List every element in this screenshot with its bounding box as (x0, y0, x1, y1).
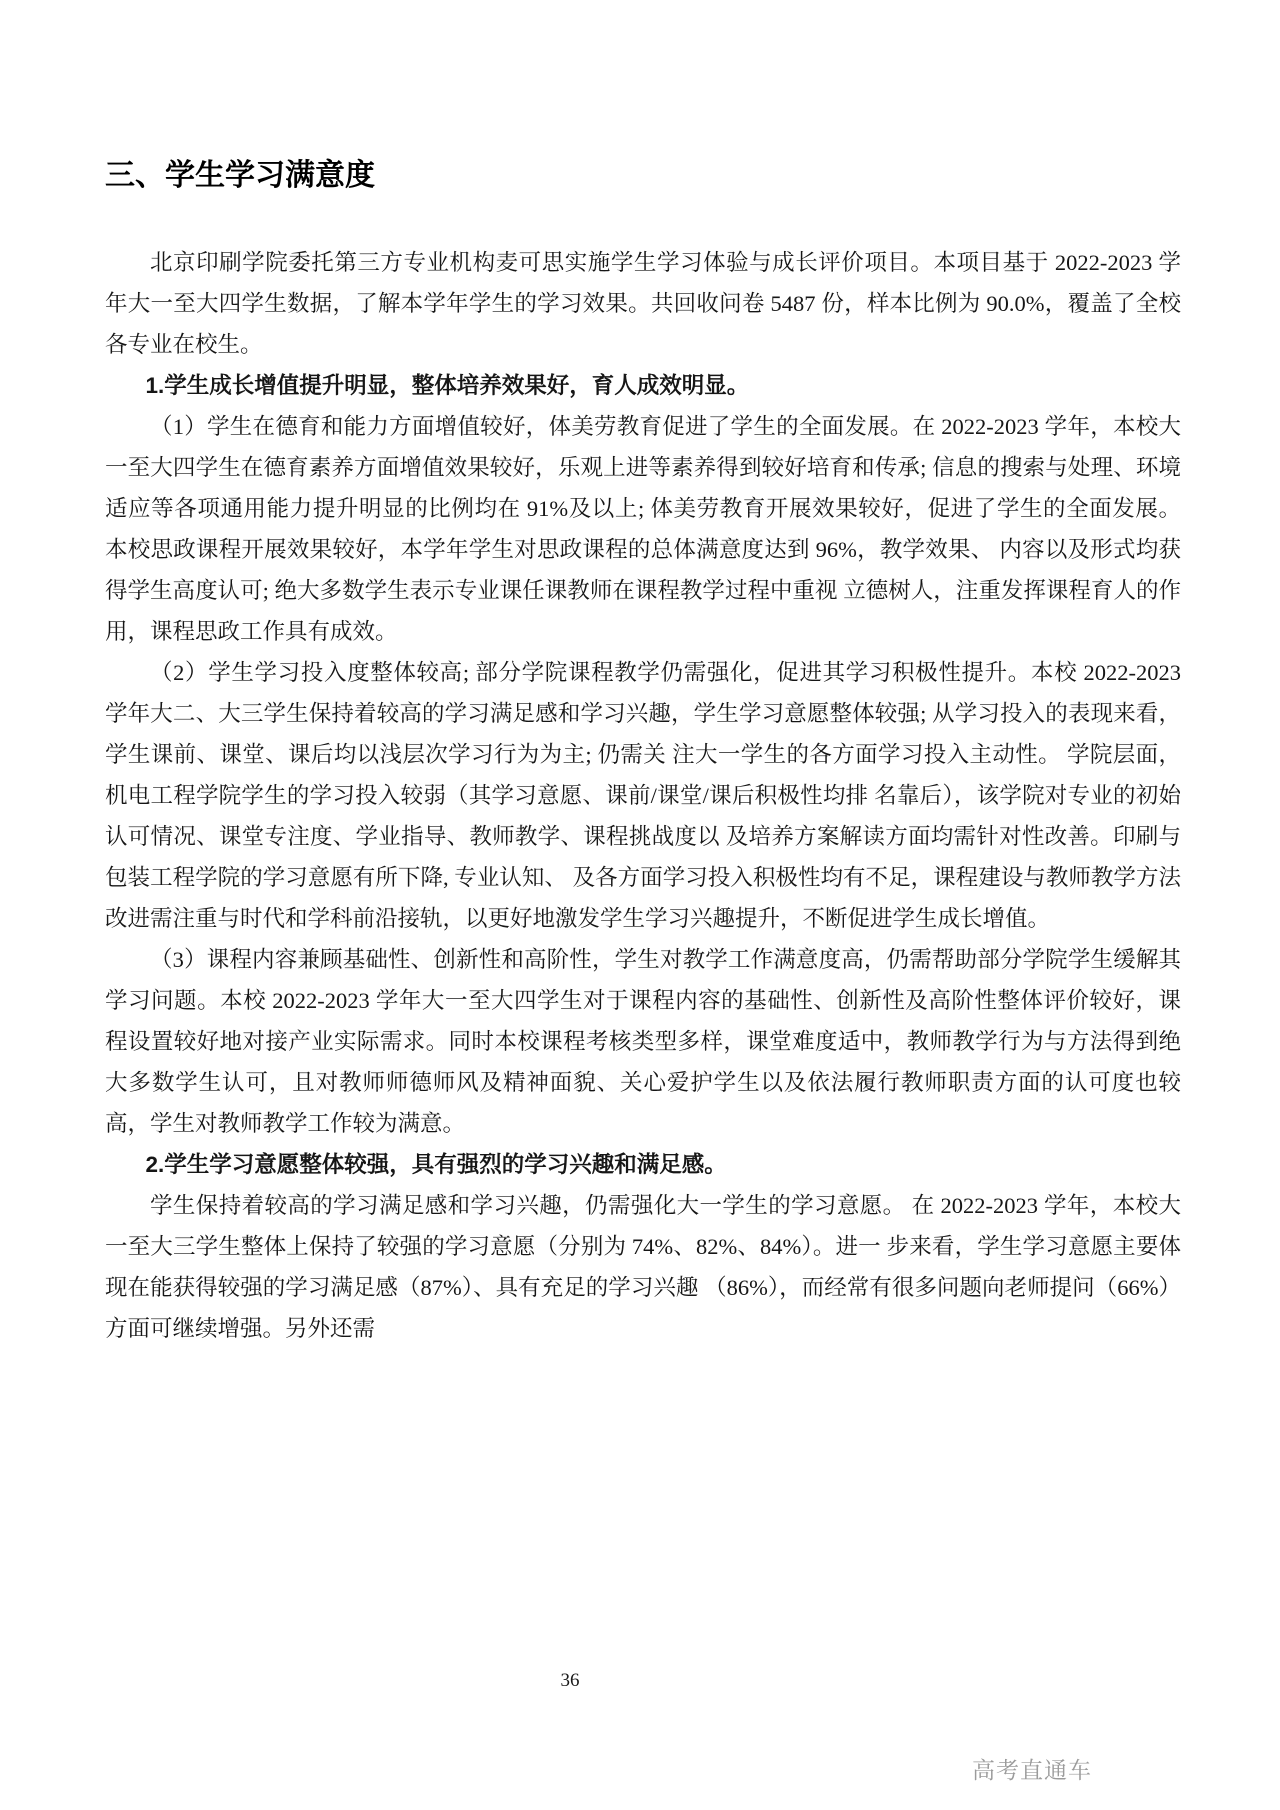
page-number: 36 (540, 1670, 600, 1692)
watermark-text: 高考直通车 (972, 1752, 1092, 1785)
subsection-heading-1: 1.学生成长增值提升明显，整体培养效果好，育人成效明显。 (105, 365, 1181, 406)
paragraph-point-2: （2）学生学习投入度整体较高; 部分学院课程教学仍需强化，促进其学习积极性提升。… (105, 652, 1181, 939)
paragraph-point-1: （1）学生在德育和能力方面增值较好，体美劳教育促进了学生的全面发展。在 2022… (105, 406, 1181, 652)
section-title: 三、学生学习满意度 (105, 158, 1181, 194)
paragraph-point-3: （3）课程内容兼顾基础性、创新性和高阶性，学生对教学工作满意度高，仍需帮助部分学… (105, 939, 1181, 1144)
document-page: 三、学生学习满意度 北京印刷学院委托第三方专业机构麦可思实施学生学习体验与成长评… (0, 0, 1280, 1810)
paragraph-section-2: 学生保持着较高的学习满足感和学习兴趣，仍需强化大一学生的学习意愿。 在 2022… (105, 1185, 1181, 1349)
document-content: 三、学生学习满意度 北京印刷学院委托第三方专业机构麦可思实施学生学习体验与成长评… (105, 158, 1181, 1349)
subsection-heading-2: 2.学生学习意愿整体较强，具有强烈的学习兴趣和满足感。 (105, 1144, 1181, 1185)
paragraph-intro: 北京印刷学院委托第三方专业机构麦可思实施学生学习体验与成长评价项目。本项目基于 … (105, 242, 1181, 365)
